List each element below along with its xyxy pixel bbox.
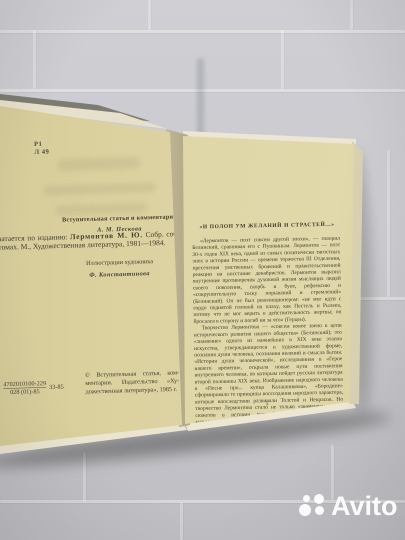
avito-watermark: Avito [299, 494, 398, 519]
avito-dot [314, 494, 324, 504]
body-text: «Лермонтов — поэт совсем другой эпохи», … [192, 235, 344, 425]
show-through-text-smudge [58, 157, 140, 172]
avito-dot [303, 495, 310, 502]
avito-dot [299, 504, 311, 516]
avito-dot [315, 506, 324, 515]
print-code-prefix: Л [0, 385, 1, 393]
library-stamp: Р1 Л 49 [34, 138, 114, 156]
print-code-denominator: 028 (01)-85 [3, 387, 46, 396]
wall-mortar-line [33, 30, 36, 89]
edition-note: Текст печатается по изданию: Лермонтов М… [0, 230, 185, 253]
avito-logo-icon [299, 494, 326, 519]
wall-mortar-line [281, 30, 284, 89]
book-photo-scene: Р1 Л 49 Вступительная статья и комментар… [0, 0, 405, 540]
show-through-text-smudge [44, 182, 156, 196]
wall-mortar-line [0, 30, 405, 33]
wall-mortar-line [350, 0, 353, 30]
body-paragraph: «Лермонтов — поэт совсем другой эпохи», … [192, 235, 342, 325]
print-code: Л 4702010100-229 028 (01)-85 33-85 [0, 379, 64, 396]
stamp-line: Л 49 [34, 146, 114, 156]
print-code-suffix: 33-85 [49, 383, 64, 391]
print-code-fraction: 4702010100-229 028 (01)-85 [3, 380, 46, 397]
avito-watermark-label: Avito [331, 494, 398, 519]
wall-mortar-line [180, 502, 183, 540]
wall-mortar-line [387, 150, 390, 297]
print-code-numerator: 4702010100-229 [3, 380, 46, 389]
chapter-title: «И ПОЛОН УМ ЖЕЛАНИЙ И СТРАСТЕЙ...» [192, 221, 342, 230]
copyright-note: © Вступительная статья, ком-ментарии. Из… [85, 368, 180, 395]
wall-mortar-line [148, 0, 151, 30]
wall-stain [197, 58, 204, 140]
